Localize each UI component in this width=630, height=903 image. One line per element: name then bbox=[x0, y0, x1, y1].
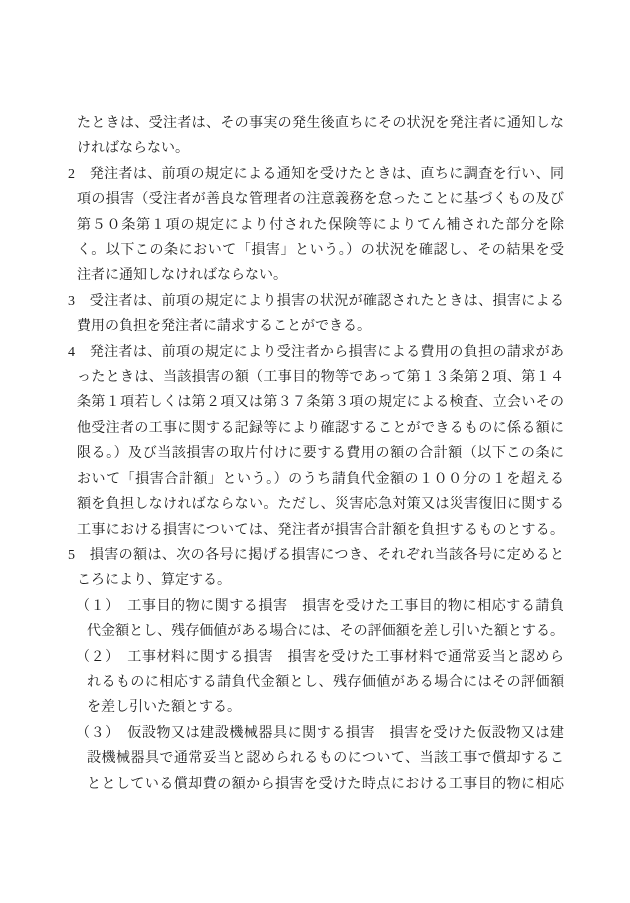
text-line: ころにより、算定する。 bbox=[68, 568, 564, 593]
text-line: おいて「損害合計額」という。）のうち請負代金額の１００分の１を超える bbox=[68, 467, 564, 492]
text-line: （２） 工事材料に関する損害 損害を受けた工事材料で通常妥当と認めら bbox=[68, 645, 564, 670]
text-line: 工事における損害については、発注者が損害合計額を負担するものとする。 bbox=[68, 518, 564, 543]
text-line: 3 受注者は、前項の規定により損害の状況が確認されたときは、損害による bbox=[68, 289, 564, 314]
text-line: 条第１項若しくは第２項又は第３７条第３項の規定による検査、立会いその bbox=[68, 390, 564, 415]
text-line: ととしている償却費の額から損害を受けた時点における工事目的物に相応 bbox=[68, 772, 564, 797]
text-line: 第５０条第１項の規定により付された保険等によりてん補された部分を除 bbox=[68, 213, 564, 238]
text-line: 費用の負担を発注者に請求することができる。 bbox=[68, 314, 564, 339]
text-line: ければならない。 bbox=[68, 136, 564, 161]
text-line: を差し引いた額とする。 bbox=[68, 695, 564, 720]
text-line: 代金額とし、残存価値がある場合には、その評価額を差し引いた額とする。 bbox=[68, 619, 564, 644]
text-line: 4 発注者は、前項の規定により受注者から損害による費用の負担の請求があ bbox=[68, 340, 564, 365]
text-line: 2 発注者は、前項の規定による通知を受けたときは、直ちに調査を行い、同 bbox=[68, 162, 564, 187]
text-line: 限る。）及び当該損害の取片付けに要する費用の額の合計額（以下この条に bbox=[68, 441, 564, 466]
document-body: たときは、受注者は、その事実の発生後直ちにその状況を発注者に通知しなければならな… bbox=[68, 111, 564, 797]
text-line: 設機械器具で通常妥当と認められるものについて、当該工事で償却するこ bbox=[68, 746, 564, 771]
text-line: く。以下この条において「損害」という。）の状況を確認し、その結果を受 bbox=[68, 238, 564, 263]
text-line: ったときは、当該損害の額（工事目的物等であって第１３条第２項、第１４ bbox=[68, 365, 564, 390]
text-line: れるものに相応する請負代金額とし、残存価値がある場合にはその評価額 bbox=[68, 670, 564, 695]
text-line: 項の損害（受注者が善良な管理者の注意義務を怠ったことに基づくもの及び bbox=[68, 187, 564, 212]
text-line: 注者に通知しなければならない。 bbox=[68, 263, 564, 288]
text-line: 5 損害の額は、次の各号に掲げる損害につき、それぞれ当該各号に定めると bbox=[68, 543, 564, 568]
text-line: 他受注者の工事に関する記録等により確認することができるものに係る額に bbox=[68, 416, 564, 441]
text-line: （３） 仮設物又は建設機械器具に関する損害 損害を受けた仮設物又は建 bbox=[68, 721, 564, 746]
document-page: たときは、受注者は、その事実の発生後直ちにその状況を発注者に通知しなければならな… bbox=[0, 0, 630, 903]
text-line: たときは、受注者は、その事実の発生後直ちにその状況を発注者に通知しな bbox=[68, 111, 564, 136]
text-line: （１） 工事目的物に関する損害 損害を受けた工事目的物に相応する請負 bbox=[68, 594, 564, 619]
text-line: 額を負担しなければならない。ただし、災害応急対策又は災害復旧に関する bbox=[68, 492, 564, 517]
